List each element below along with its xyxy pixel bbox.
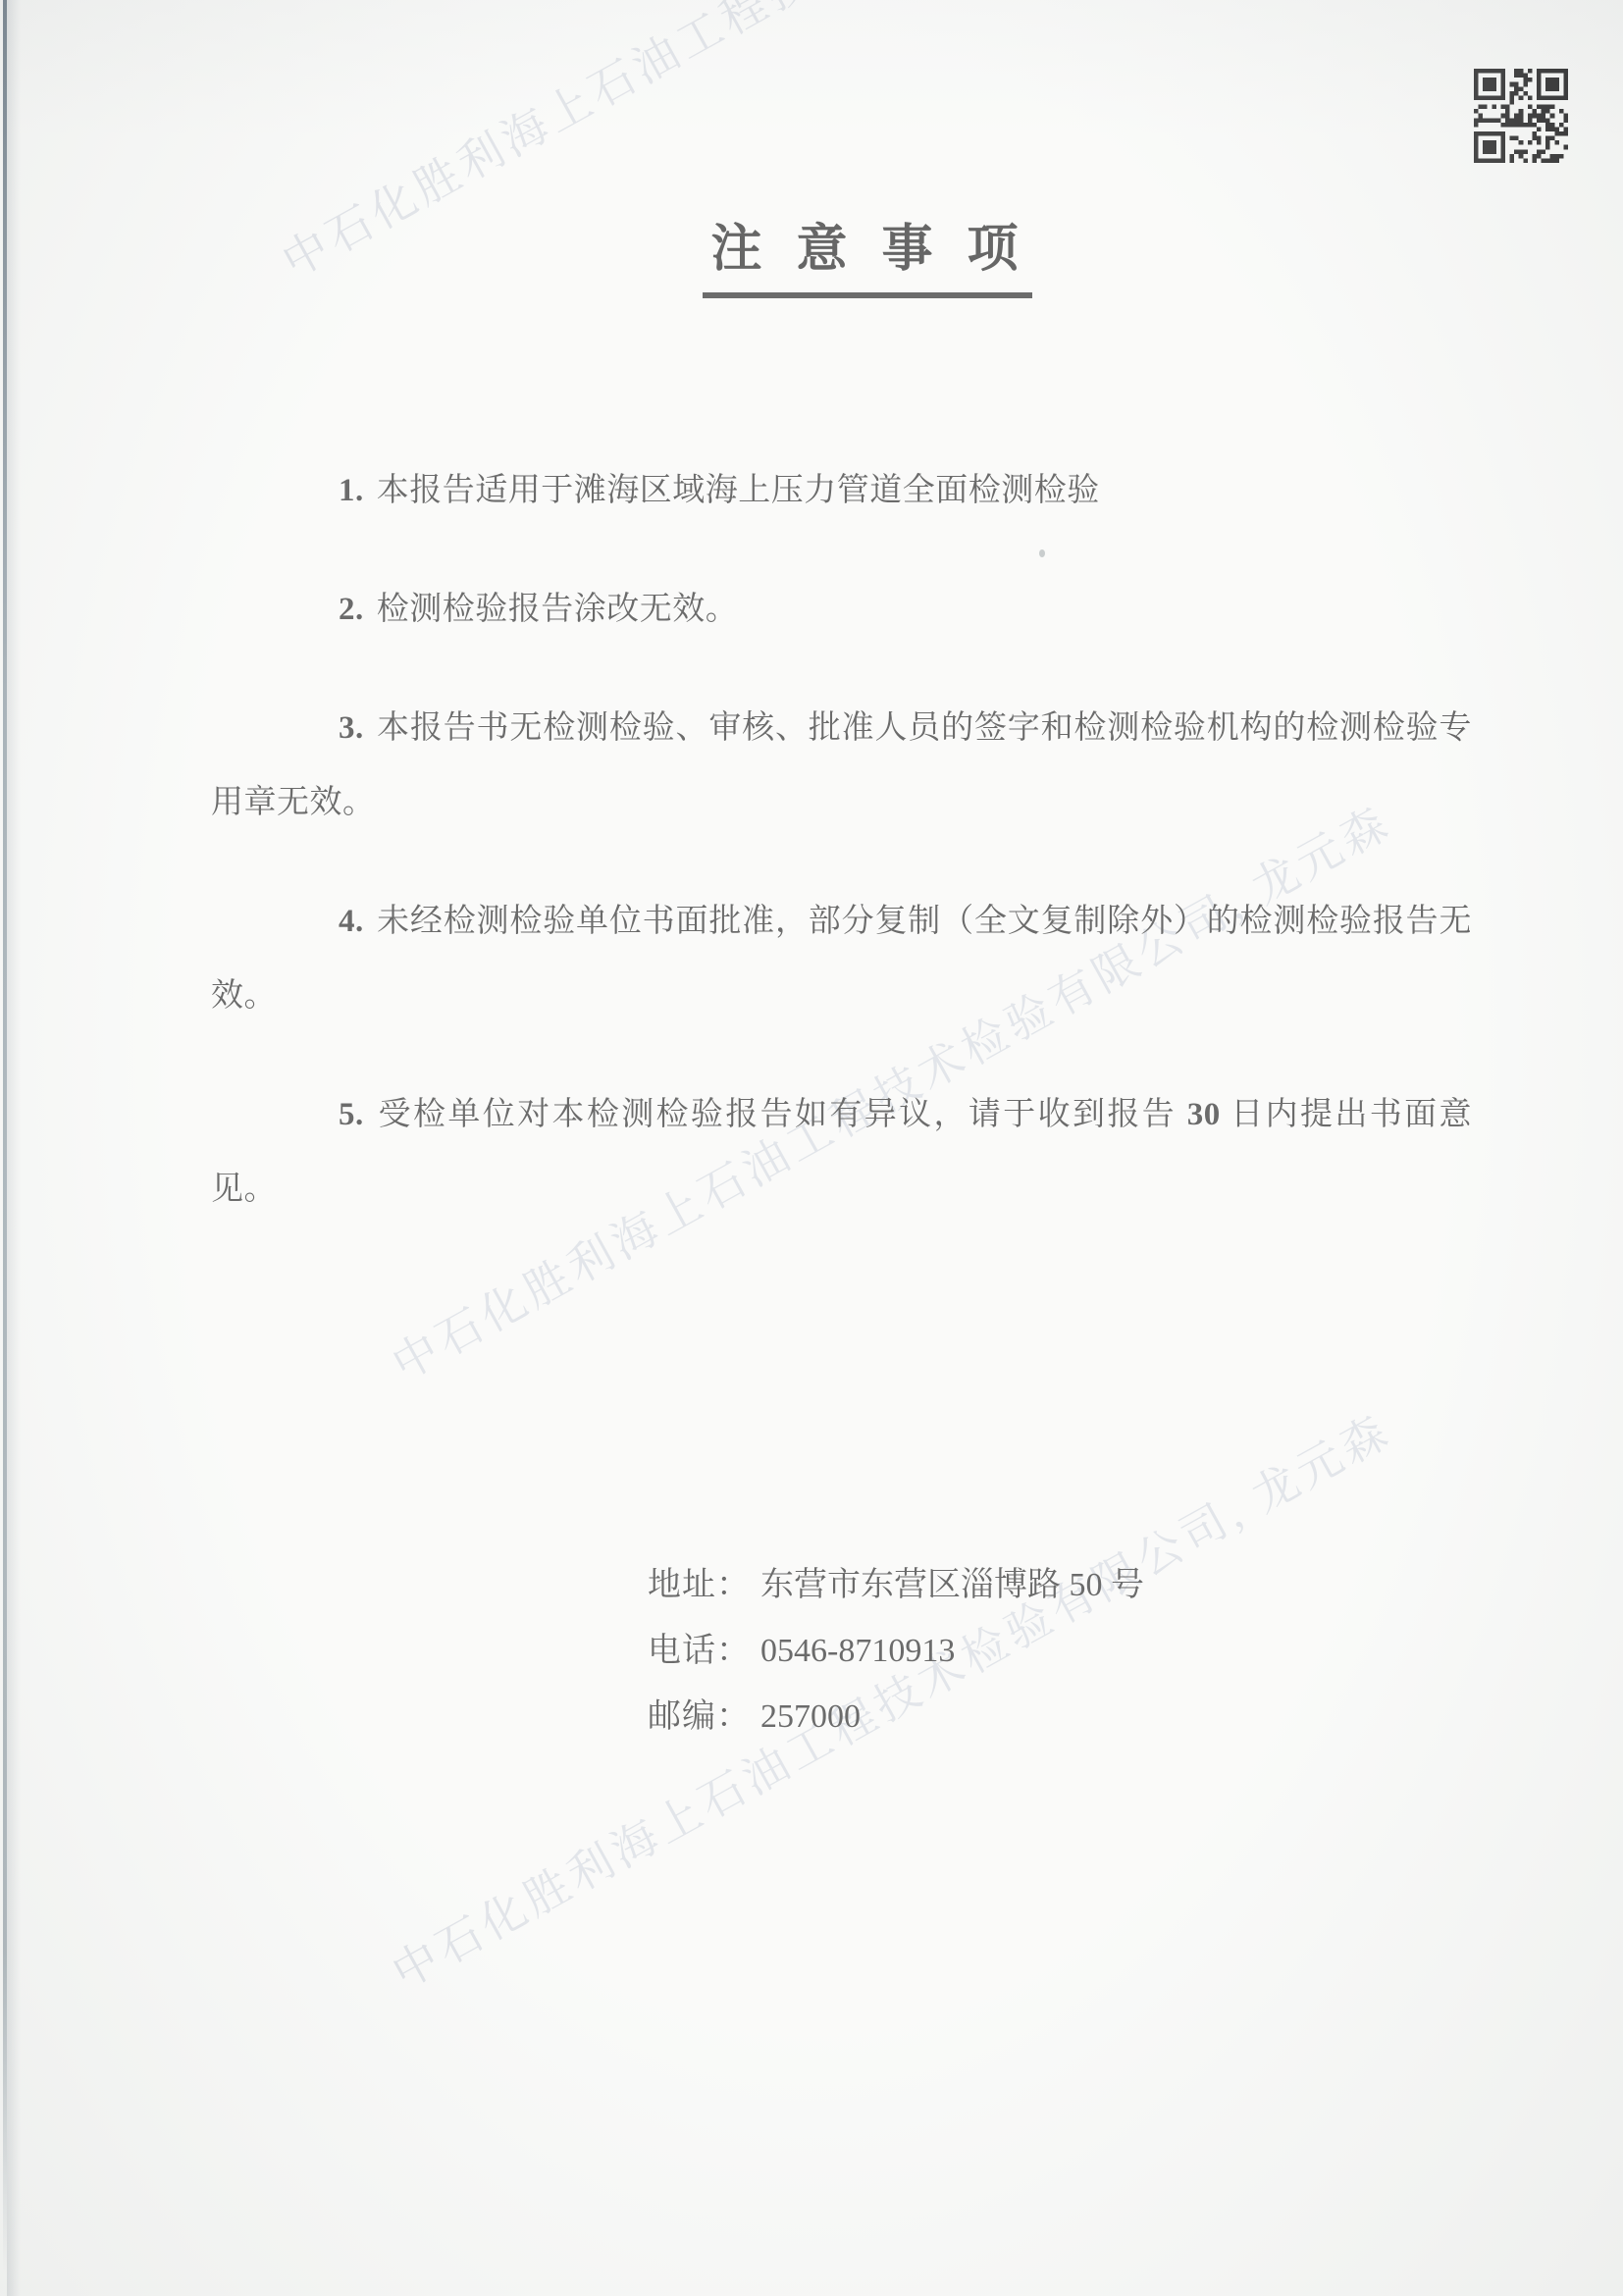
contact-address: 地址：东营市东营区淄博路 50 号 [648,1552,1144,1618]
notice-item-4: 4.未经检测检验单位书面批准，部分复制（全文复制除外）的检测检验报告无效。 [211,884,1472,1033]
document-page: 中石化胜利海上石油工程技术检验有限公司, 龙元森 中石化胜利海上石油工程技术检验… [0,0,1623,2296]
notice-item-1: 1.本报告适用于滩海区域海上压力管道全面检测检验 [211,453,1472,528]
item-number: 2. [339,592,364,627]
contact-address-value: 东营市东营区淄博路 50 号 [760,1567,1144,1603]
contact-block: 地址：东营市东营区淄博路 50 号 电话：0546-8710913 邮编：257… [648,1552,1144,1749]
notice-item-2: 2.检测检验报告涂改无效。 [211,572,1472,647]
notice-item-5: 5.受检单位对本检测检验报告如有异议，请于收到报告 30 日内提出书面意见。 [211,1077,1472,1226]
page-title-text: 注 意 事 项 [703,220,1031,298]
contact-address-label: 地址： [648,1567,751,1603]
page-title: 注 意 事 项 [0,220,1623,298]
item-text: 本报告书无检测检验、审核、批准人员的签字和检测检验机构的检测检验专用章无效。 [211,710,1472,820]
item-bold-number: 30 [1187,1097,1221,1132]
contact-phone-value: 0546-8710913 [760,1633,955,1669]
notice-list: 1.本报告适用于滩海区域海上压力管道全面检测检验 2.检测检验报告涂改无效。 3… [211,453,1472,1271]
item-text: 受检单位对本检测检验报告如有异议，请于收到报告 [377,1097,1187,1132]
item-number: 5. [339,1097,364,1132]
item-text: 未经检测检验单位书面批准，部分复制（全文复制除外）的检测检验报告无效。 [211,904,1472,1014]
contact-phone-label: 电话： [648,1633,751,1669]
notice-item-3: 3.本报告书无检测检验、审核、批准人员的签字和检测检验机构的检测检验专用章无效。 [211,691,1472,840]
item-text: 本报告适用于滩海区域海上压力管道全面检测检验 [377,473,1100,508]
qr-code-icon [1474,69,1568,163]
item-text: 检测检验报告涂改无效。 [377,592,739,627]
contact-phone: 电话：0546-8710913 [648,1618,1144,1684]
contact-postcode-value: 257000 [760,1698,861,1735]
contact-postcode-label: 邮编： [648,1698,751,1735]
contact-postcode: 邮编：257000 [648,1684,1144,1749]
item-number: 1. [339,473,364,508]
item-number: 4. [339,904,364,939]
scan-edge-shadow [7,0,21,2296]
item-number: 3. [339,710,364,746]
scan-speck [1039,549,1045,557]
